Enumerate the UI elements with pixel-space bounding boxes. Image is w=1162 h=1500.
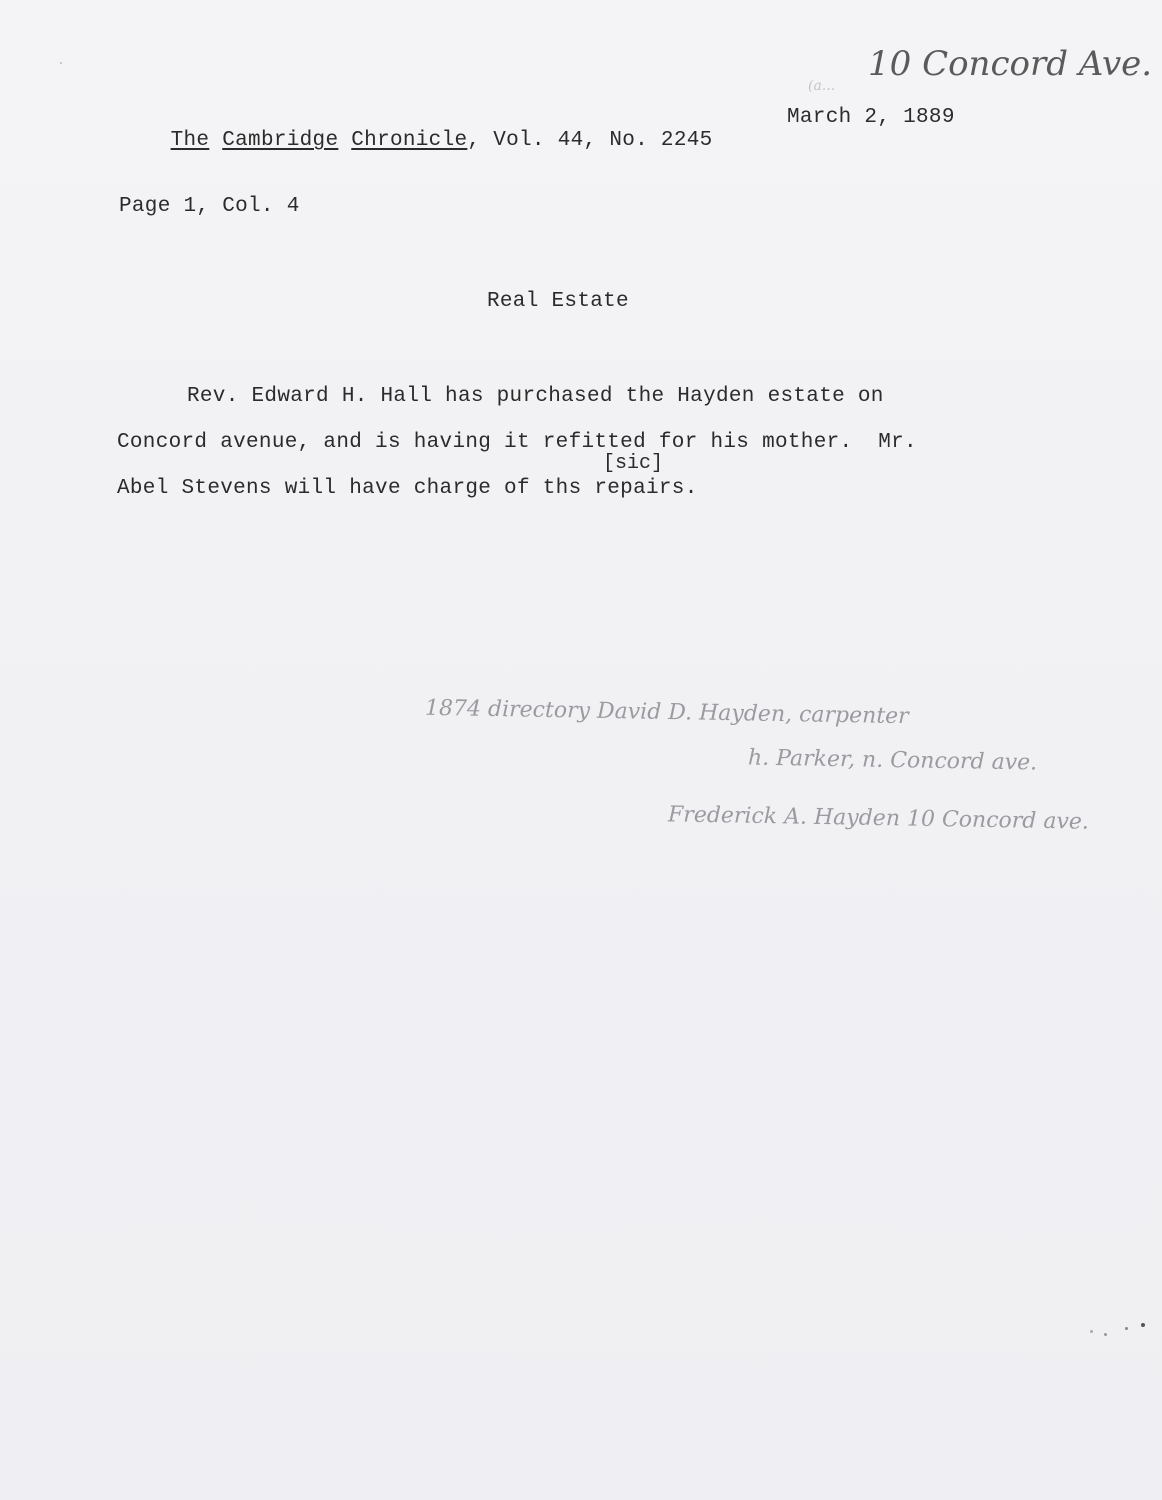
citation-header: The Cambridge Chronicle, Vol. 44, No. 22… [119,106,713,175]
paper-speck [1104,1333,1107,1336]
publication-the: The [171,129,210,152]
paper-speck [1125,1327,1128,1330]
paper-speck [1141,1323,1145,1327]
paper-speck [60,62,62,64]
handwritten-faint-prefix: (a... [808,78,835,94]
publication-cambridge: Cambridge [222,129,338,152]
article-line-2: Concord avenue, and is having it refitte… [117,431,917,454]
handwritten-note-line-2: h. Parker, n. Concord ave. [748,745,1038,775]
handwritten-note-line-1: 1874 directory David D. Hayden, carpente… [425,696,909,729]
handwritten-address-top: 10 Concord Ave. [868,44,1152,84]
document-page: (a... 10 Concord Ave. The Cambridge Chro… [0,0,1162,1500]
handwritten-note-line-3: Frederick A. Hayden 10 Concord ave. [668,802,1089,834]
section-title: Real Estate [487,290,629,313]
page-column-location: Page 1, Col. 4 [119,195,300,218]
article-line-1: Rev. Edward H. Hall has purchased the Ha… [187,385,884,408]
volume-issue: , Vol. 44, No. 2245 [467,129,712,152]
sic-annotation: [sic] [603,452,663,475]
publication-date: March 2, 1889 [787,106,955,129]
article-line-3: Abel Stevens will have charge of ths rep… [117,477,698,500]
paper-speck [1090,1330,1093,1333]
publication-chronicle: Chronicle [351,129,467,152]
